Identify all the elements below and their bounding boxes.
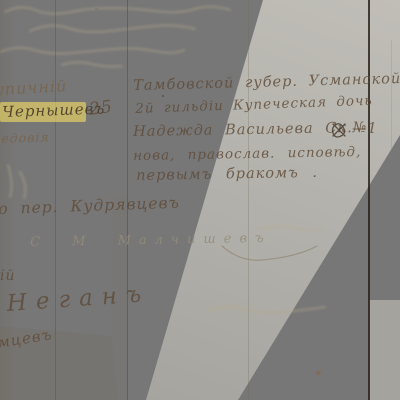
- manuscript-page: упичній Чернышевъ 25 едовія Тамбовской г…: [0, 0, 400, 400]
- handwriting-groom-age: 25: [88, 97, 114, 120]
- paper-fold-line: [391, 40, 392, 230]
- handwriting-bride-line-1: Тамбовской губер. Усманской,: [133, 71, 400, 94]
- paper-speck: [95, 8, 98, 10]
- handwriting-bride-line-3-overrun: —1: [352, 121, 378, 137]
- pencil-flourish: [222, 246, 317, 260]
- column-rule-4: [368, 0, 370, 400]
- handwriting-fragment-edovia: едовія: [1, 129, 50, 146]
- handwriting-bride-line-5: первымъ бракомъ .: [136, 165, 318, 184]
- handwriting-bride-line-4: нова, православ. исповѣд,: [133, 144, 361, 164]
- paper-stain: [316, 371, 321, 375]
- handwriting-bride-line-3: Надежда Васильева Ск.№: [133, 120, 367, 140]
- handwriting-signature: Неганъ: [6, 281, 151, 317]
- ink-speck: [162, 95, 164, 97]
- handwriting-fragment-ij: ій: [0, 268, 16, 284]
- handwriting-bride-line-2: 2й гильдіи Купеческая дочь: [135, 93, 373, 117]
- pencil-note: С М Малчишевъ: [30, 231, 272, 250]
- light-patch-overlay: [369, 300, 400, 400]
- handwriting-fragment-mcev: мцевъ: [0, 325, 54, 351]
- handwriting-left-title-fragment: упичній: [0, 76, 68, 99]
- handwriting-clergy-line: о пер. Кудрявцевъ: [0, 194, 180, 218]
- column-rule-3: [248, 0, 249, 400]
